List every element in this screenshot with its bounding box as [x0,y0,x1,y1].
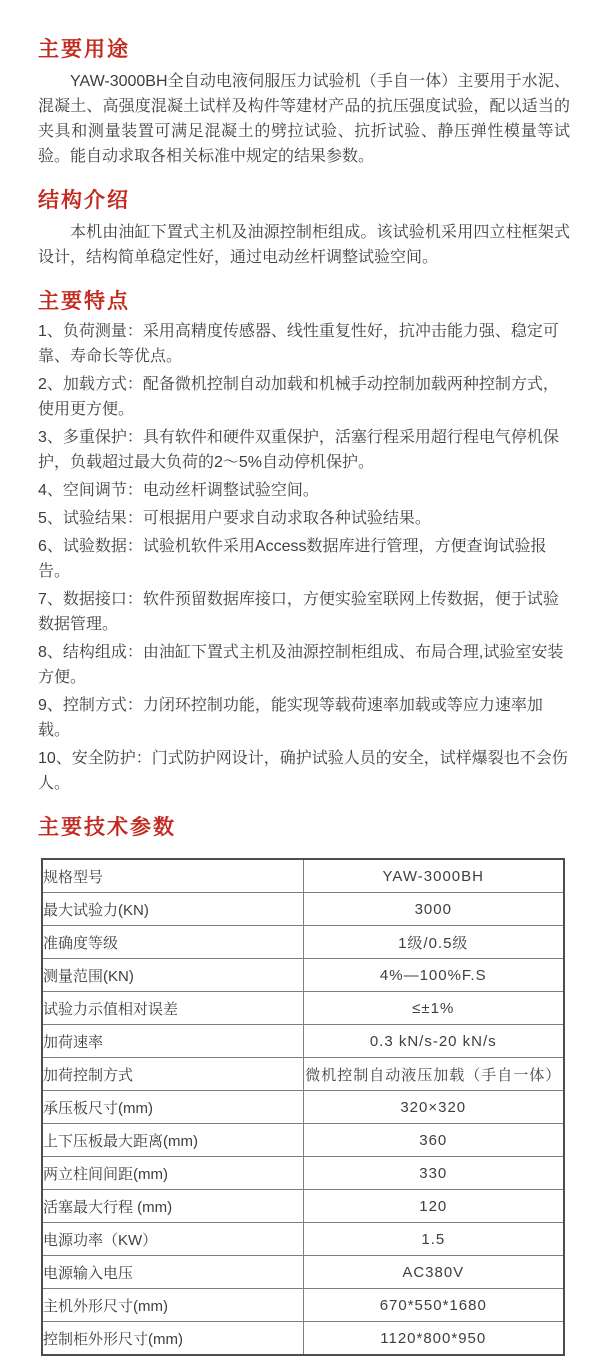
section-structure: 结构介绍 本机由油缸下置式主机及油源控制柜组成。该试验机采用四立柱框架式设计，结… [38,189,570,270]
spec-row: 电源功率（KW） 1.5 [42,1223,564,1256]
feature-item: 2、加载方式：配备微机控制自动加载和机械手动控制加载两种控制方式，使用更方便。 [38,372,570,422]
section-main-use: 主要用途 YAW-3000BH全自动电液伺服压力试验机（手自一体）主要用于水泥、… [38,38,570,169]
spec-label: 加荷控制方式 [42,1058,303,1091]
features-heading: 主要特点 [38,290,570,314]
spec-value: YAW-3000BH [303,859,564,893]
feature-item: 5、试验结果：可根据用户要求自动求取各种试验结果。 [38,506,570,531]
spec-row: 两立柱间间距(mm) 330 [42,1157,564,1190]
spec-label: 规格型号 [42,859,303,893]
spec-row: 电源输入电压 AC380V [42,1256,564,1289]
spec-row: 控制柜外形尺寸(mm) 1120*800*950 [42,1322,564,1356]
spec-row: 准确度等级 1级/0.5级 [42,926,564,959]
spec-value: 330 [303,1157,564,1190]
spec-row: 规格型号 YAW-3000BH [42,859,564,893]
feature-item: 7、数据接口：软件预留数据库接口，方便实验室联网上传数据，便于试验数据管理。 [38,587,570,637]
feature-item: 9、控制方式：力闭环控制功能，能实现等载荷速率加载或等应力速率加载。 [38,693,570,743]
spec-label: 控制柜外形尺寸(mm) [42,1322,303,1356]
spec-value: 微机控制自动液压加载（手自一体） [303,1058,564,1091]
spec-row: 测量范围(KN) 4%—100%F.S [42,959,564,992]
main-use-paragraph: YAW-3000BH全自动电液伺服压力试验机（手自一体）主要用于水泥、混凝土、高… [38,69,570,169]
spec-row: 试验力示值相对误差 ≤±1% [42,992,564,1025]
main-use-heading: 主要用途 [38,38,570,62]
spec-value: 1.5 [303,1223,564,1256]
structure-heading: 结构介绍 [38,189,570,213]
spec-label: 承压板尺寸(mm) [42,1091,303,1124]
spec-value: ≤±1% [303,992,564,1025]
spec-label: 准确度等级 [42,926,303,959]
spec-value: 360 [303,1124,564,1157]
spec-value: 1级/0.5级 [303,926,564,959]
spec-label: 最大试验力(KN) [42,893,303,926]
section-specs: 主要技术参数 规格型号 YAW-3000BH 最大试验力(KN) 3000 准确… [38,816,570,1356]
spec-label: 活塞最大行程 (mm) [42,1190,303,1223]
feature-item: 3、多重保护：具有软件和硬件双重保护，活塞行程采用超行程电气停机保护，负载超过最… [38,425,570,475]
feature-item: 1、负荷测量：采用高精度传感器、线性重复性好，抗冲击能力强、稳定可靠、寿命长等优… [38,319,570,369]
spec-value: 3000 [303,893,564,926]
spec-row: 主机外形尺寸(mm) 670*550*1680 [42,1289,564,1322]
specs-heading: 主要技术参数 [38,816,570,840]
spec-row: 活塞最大行程 (mm) 120 [42,1190,564,1223]
spec-value: AC380V [303,1256,564,1289]
spec-label: 加荷速率 [42,1025,303,1058]
spec-value: 1120*800*950 [303,1322,564,1356]
spec-value: 0.3 kN/s-20 kN/s [303,1025,564,1058]
spec-row: 加荷速率 0.3 kN/s-20 kN/s [42,1025,564,1058]
spec-row: 最大试验力(KN) 3000 [42,893,564,926]
spec-label: 上下压板最大距离(mm) [42,1124,303,1157]
spec-label: 电源输入电压 [42,1256,303,1289]
spec-label: 电源功率（KW） [42,1223,303,1256]
spec-row: 加荷控制方式 微机控制自动液压加载（手自一体） [42,1058,564,1091]
spec-value: 670*550*1680 [303,1289,564,1322]
spec-value: 120 [303,1190,564,1223]
spec-value: 4%—100%F.S [303,959,564,992]
spec-label: 测量范围(KN) [42,959,303,992]
section-features: 主要特点 1、负荷测量：采用高精度传感器、线性重复性好，抗冲击能力强、稳定可靠、… [38,290,570,796]
spec-label: 两立柱间间距(mm) [42,1157,303,1190]
product-spec-page: 主要用途 YAW-3000BH全自动电液伺服压力试验机（手自一体）主要用于水泥、… [0,0,606,1371]
spec-value: 320×320 [303,1091,564,1124]
spec-row: 上下压板最大距离(mm) 360 [42,1124,564,1157]
spec-label: 试验力示值相对误差 [42,992,303,1025]
spec-label: 主机外形尺寸(mm) [42,1289,303,1322]
feature-item: 6、试验数据：试验机软件采用Access数据库进行管理，方便查询试验报告。 [38,534,570,584]
structure-paragraph: 本机由油缸下置式主机及油源控制柜组成。该试验机采用四立柱框架式设计，结构简单稳定… [38,220,570,270]
feature-item: 10、安全防护：门式防护网设计，确护试验人员的安全，试样爆裂也不会伤人。 [38,746,570,796]
spec-row: 承压板尺寸(mm) 320×320 [42,1091,564,1124]
feature-item: 8、结构组成：由油缸下置式主机及油源控制柜组成、布局合理,试验室安装方便。 [38,640,570,690]
feature-item: 4、空间调节：电动丝杆调整试验空间。 [38,478,570,503]
specs-table: 规格型号 YAW-3000BH 最大试验力(KN) 3000 准确度等级 1级/… [41,858,565,1356]
